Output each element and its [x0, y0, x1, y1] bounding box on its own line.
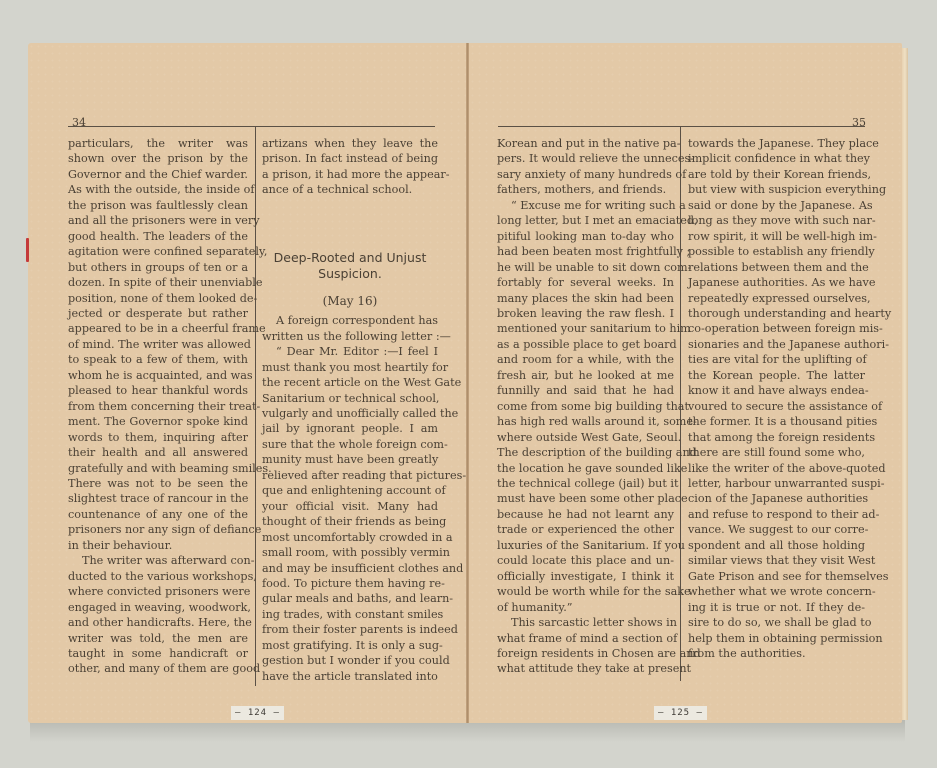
- article-title-line-2: Suspicion.: [262, 266, 438, 282]
- text-line: vulgarly and unofficially called the: [262, 406, 438, 421]
- text-line: A foreign correspondent has: [262, 313, 438, 328]
- text-line: could locate this place and un-: [497, 553, 674, 568]
- text-line: “ Excuse me for writing such a: [497, 198, 674, 213]
- text-line: of mind. The writer was allowed: [68, 337, 248, 352]
- text-line: Sanitarium or technical school,: [262, 391, 438, 406]
- text-line: letter, harbour unwarranted suspi-: [688, 476, 865, 491]
- paragraph: Korean and put in the native pa-pers. It…: [497, 136, 674, 198]
- right-running-folio: 35: [852, 116, 866, 129]
- text-line: possible to establish any friendly: [688, 244, 865, 259]
- text-line: and may be insufficient clothes and: [262, 561, 438, 576]
- text-line: jail by ignorant people. I am: [262, 421, 438, 436]
- text-line: the recent article on the West Gate: [262, 375, 438, 390]
- paragraph: particulars, the writer wasshown over th…: [68, 136, 248, 553]
- text-line: long as they move with such nar-: [688, 213, 865, 228]
- text-line: engaged in weaving, woodwork,: [68, 600, 248, 615]
- text-line: writer was told, the men are: [68, 631, 248, 646]
- text-line: similar views that they visit West: [688, 553, 865, 568]
- text-line: appeared to be in a cheerful frame: [68, 321, 248, 336]
- text-line: As with the outside, the inside of: [68, 182, 248, 197]
- text-line: jected or desperate but rather: [68, 306, 248, 321]
- article-title: Deep-Rooted and Unjust Suspicion.: [262, 250, 438, 282]
- archive-page-stamp-right: – 125 –: [654, 706, 707, 720]
- text-line: artizans when they leave the: [262, 136, 438, 151]
- text-line: has high red walls around it, some-: [497, 414, 674, 429]
- text-line: trade or experienced the other: [497, 522, 674, 537]
- text-line: sure that the whole foreign com-: [262, 437, 438, 452]
- text-line: relieved after reading that pictures-: [262, 468, 438, 483]
- text-line: where outside West Gate, Seoul.: [497, 430, 674, 445]
- text-line: pleased to hear thankful words: [68, 383, 248, 398]
- text-line: must have been some other place: [497, 491, 674, 506]
- text-line: good health. The leaders of the: [68, 229, 248, 244]
- text-line: from the authorities.: [688, 646, 865, 661]
- page-stack-edge: [902, 48, 908, 720]
- right-page-column-1: Korean and put in the native pa-pers. It…: [497, 136, 674, 677]
- text-line: cion of the Japanese authorities: [688, 491, 865, 506]
- text-line: whether what we wrote concern-: [688, 584, 865, 599]
- right-page-column-2: towards the Japanese. They placeimplicit…: [688, 136, 865, 661]
- text-line: know it and have always endea-: [688, 383, 865, 398]
- text-line: and other handicrafts. Here, the: [68, 615, 248, 630]
- text-line: co-operation between foreign mis-: [688, 321, 865, 336]
- text-line: he will be unable to sit down com-: [497, 260, 674, 275]
- text-line: are told by their Korean friends,: [688, 167, 865, 182]
- text-line: because he had not learnt any: [497, 507, 674, 522]
- text-line: but others in groups of ten or a: [68, 260, 248, 275]
- text-line: a prison, it had more the appear-: [262, 167, 438, 182]
- text-line: ing it is true or not. If they de-: [688, 600, 865, 615]
- text-line: whom he is acquainted, and was: [68, 368, 248, 383]
- text-line: many places the skin had been: [497, 291, 674, 306]
- text-line: There was not to be seen the: [68, 476, 248, 491]
- text-line: there are still found some who,: [688, 445, 865, 460]
- text-line: their health and all answered: [68, 445, 248, 460]
- left-page-column-2: artizans when they leave theprison. In f…: [262, 136, 438, 684]
- text-line: row spirit, it will be well-high im-: [688, 229, 865, 244]
- text-line: to speak to a few of them, with: [68, 352, 248, 367]
- text-line: fortably for several weeks. In: [497, 275, 674, 290]
- text-line: broken leaving the raw flesh. I: [497, 306, 674, 321]
- text-line: dozen. In spite of their unenviable: [68, 275, 248, 290]
- text-line: Gate Prison and see for themselves: [688, 569, 865, 584]
- text-line: where convicted prisoners were: [68, 584, 248, 599]
- text-line: This sarcastic letter shows in: [497, 615, 674, 630]
- text-line: The writer was afterward con-: [68, 553, 248, 568]
- text-line: particulars, the writer was: [68, 136, 248, 151]
- text-line: mentioned your sanitarium to him: [497, 321, 674, 336]
- article-date: (May 16): [262, 294, 438, 309]
- text-line: your official visit. Many had: [262, 499, 438, 514]
- text-line: agitation were confined separately,: [68, 244, 248, 259]
- text-line: would be worth while for the sake: [497, 584, 674, 599]
- text-line: sionaries and the Japanese authori-: [688, 337, 865, 352]
- paragraph: towards the Japanese. They placeimplicit…: [688, 136, 865, 661]
- text-line: have the article translated into: [262, 669, 438, 684]
- text-line: prisoners nor any sign of defiance: [68, 522, 248, 537]
- text-line: The description of the building and: [497, 445, 674, 460]
- text-line: and refuse to respond to their ad-: [688, 507, 865, 522]
- left-running-folio: 34: [72, 116, 86, 129]
- text-line: munity must have been greatly: [262, 452, 438, 467]
- text-line: “ Dear Mr. Editor :—I feel I: [262, 344, 438, 359]
- text-line: pitiful looking man to-day who: [497, 229, 674, 244]
- text-line: relations between them and the: [688, 260, 865, 275]
- text-line: Korean and put in the native pa-: [497, 136, 674, 151]
- text-line: other, and many of them are good: [68, 661, 248, 676]
- text-line: written us the following letter :—: [262, 329, 438, 344]
- text-line: spondent and all those holding: [688, 538, 865, 553]
- text-line: implicit confidence in what they: [688, 151, 865, 166]
- red-binding-thread: [26, 238, 29, 262]
- text-line: from them concerning their treat-: [68, 399, 248, 414]
- text-line: fresh air, but he looked at me: [497, 368, 674, 383]
- text-line: gestion but I wonder if you could: [262, 653, 438, 668]
- text-line: like the writer of the above-quoted: [688, 461, 865, 476]
- text-line: of humanity.”: [497, 600, 674, 615]
- text-line: words to them, inquiring after: [68, 430, 248, 445]
- text-line: vance. We suggest to our corre-: [688, 522, 865, 537]
- text-line: que and enlightening account of: [262, 483, 438, 498]
- text-line: help them in obtaining permission: [688, 631, 865, 646]
- text-line: thorough understanding and hearty: [688, 306, 865, 321]
- text-line: small room, with possibly vermin: [262, 545, 438, 560]
- book-gutter: [466, 43, 469, 723]
- text-line: thought of their friends as being: [262, 514, 438, 529]
- text-line: the technical college (jail) but it: [497, 476, 674, 491]
- text-line: funnilly and said that he had: [497, 383, 674, 398]
- book-shadow: [30, 720, 905, 742]
- text-line: the former. It is a thousand pities: [688, 414, 865, 429]
- text-line: what attitude they take at present: [497, 661, 674, 676]
- text-line: come from some big building that: [497, 399, 674, 414]
- text-line: ance of a technical school.: [262, 182, 438, 197]
- text-line: ment. The Governor spoke kind: [68, 414, 248, 429]
- archive-page-stamp-left: – 124 –: [231, 706, 284, 720]
- text-line: sary anxiety of many hundreds of: [497, 167, 674, 182]
- text-line: fathers, mothers, and friends.: [497, 182, 674, 197]
- right-header-rule: [498, 126, 865, 127]
- text-line: that among the foreign residents: [688, 430, 865, 445]
- text-line: taught in some handicraft or: [68, 646, 248, 661]
- text-line: most gratifying. It is only a sug-: [262, 638, 438, 653]
- text-line: food. To picture them having re-: [262, 576, 438, 591]
- paragraph: “ Dear Mr. Editor :—I feel Imust thank y…: [262, 344, 438, 684]
- text-line: countenance of any one of the: [68, 507, 248, 522]
- text-line: sire to do so, we shall be glad to: [688, 615, 865, 630]
- text-line: and all the prisoners were in very: [68, 213, 248, 228]
- text-line: Governor and the Chief warder.: [68, 167, 248, 182]
- text-line: officially investigate, I think it: [497, 569, 674, 584]
- text-line: said or done by the Japanese. As: [688, 198, 865, 213]
- text-line: foreign residents in Chosen are and: [497, 646, 674, 661]
- text-line: position, none of them looked de-: [68, 291, 248, 306]
- text-line: gratefully and with beaming smiles.: [68, 461, 248, 476]
- article-continuation: artizans when they leave theprison. In f…: [262, 136, 438, 198]
- text-line: in their behaviour.: [68, 538, 248, 553]
- text-line: repeatedly expressed ourselves,: [688, 291, 865, 306]
- text-line: ties are vital for the uplifting of: [688, 352, 865, 367]
- paragraph: This sarcastic letter shows inwhat frame…: [497, 615, 674, 677]
- left-header-rule: [68, 126, 435, 127]
- paragraph: The writer was afterward con-ducted to t…: [68, 553, 248, 677]
- text-line: but view with suspicion everything: [688, 182, 865, 197]
- article-title-line-1: Deep-Rooted and Unjust: [262, 250, 438, 266]
- text-line: most uncomfortably crowded in a: [262, 530, 438, 545]
- paragraph: “ Excuse me for writing such along lette…: [497, 198, 674, 615]
- text-line: the prison was faultlessly clean: [68, 198, 248, 213]
- text-line: and room for a while, with the: [497, 352, 674, 367]
- text-line: the Korean people. The latter: [688, 368, 865, 383]
- text-line: slightest trace of rancour in the: [68, 491, 248, 506]
- text-line: prison. In fact instead of being: [262, 151, 438, 166]
- text-line: what frame of mind a section of: [497, 631, 674, 646]
- text-line: must thank you most heartily for: [262, 360, 438, 375]
- text-line: had been beaten most frightfully ;: [497, 244, 674, 259]
- text-line: pers. It would relieve the unneces-: [497, 151, 674, 166]
- left-page-column-1: particulars, the writer wasshown over th…: [68, 136, 248, 677]
- text-line: the location he gave sounded like: [497, 461, 674, 476]
- paragraph: A foreign correspondent haswritten us th…: [262, 313, 438, 344]
- text-line: ing trades, with constant smiles: [262, 607, 438, 622]
- text-line: shown over the prison by the: [68, 151, 248, 166]
- text-line: Japanese authorities. As we have: [688, 275, 865, 290]
- text-line: long letter, but I met an emaciated,: [497, 213, 674, 228]
- text-line: as a possible place to get board: [497, 337, 674, 352]
- text-line: towards the Japanese. They place: [688, 136, 865, 151]
- text-line: luxuries of the Sanitarium. If you: [497, 538, 674, 553]
- text-line: from their foster parents is indeed: [262, 622, 438, 637]
- text-line: ducted to the various workshops,: [68, 569, 248, 584]
- text-line: voured to secure the assistance of: [688, 399, 865, 414]
- text-line: gular meals and baths, and learn-: [262, 591, 438, 606]
